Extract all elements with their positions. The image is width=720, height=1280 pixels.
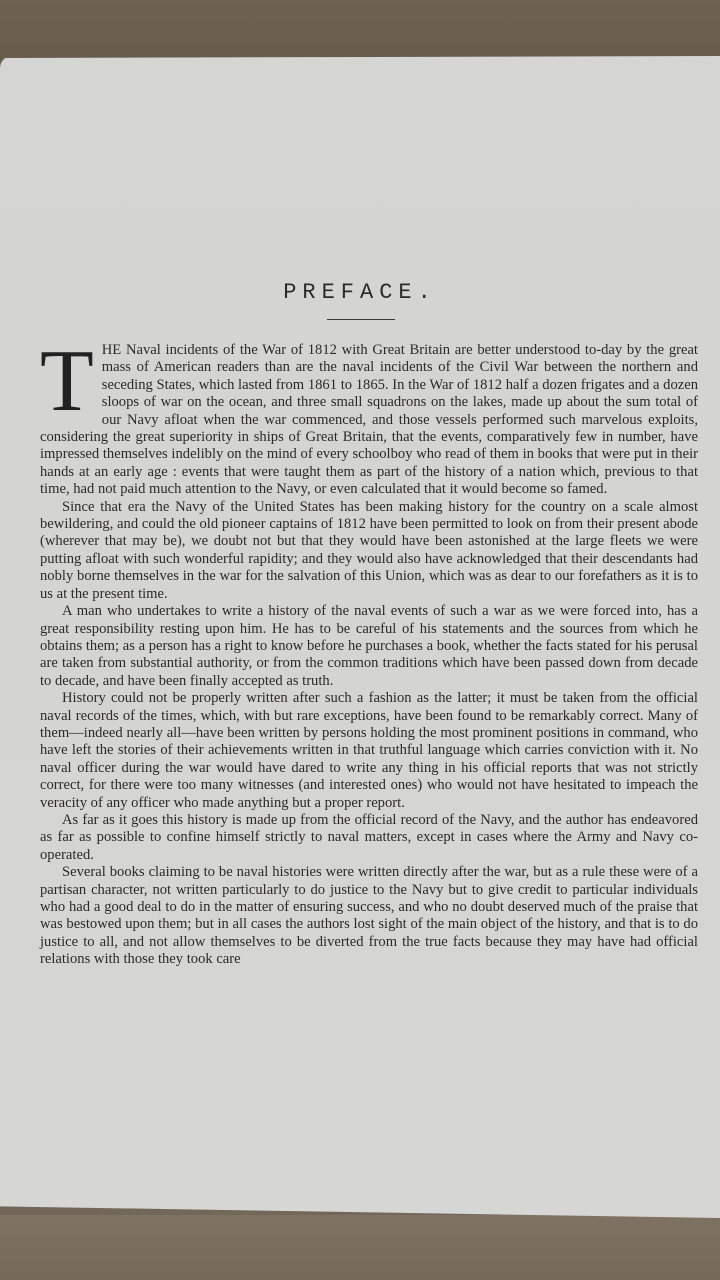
paragraph-1: THE Naval incidents of the War of 1812 w… (40, 342, 698, 499)
paragraph-4: History could not be properly written af… (40, 690, 698, 812)
title-divider (327, 319, 395, 320)
book-page: PREFACE. THE Naval incidents of the War … (0, 56, 720, 1218)
table-surface (0, 1215, 720, 1280)
paragraph-3: A man who undertakes to write a history … (40, 603, 698, 690)
paragraph-5: As far as it goes this history is made u… (40, 812, 698, 864)
drop-cap: T (40, 346, 94, 424)
page-title: PREFACE. (0, 280, 720, 305)
paragraph-2: Since that era the Navy of the United St… (40, 499, 698, 603)
paragraph-6: Several books claiming to be naval histo… (40, 864, 698, 968)
preface-body: THE Naval incidents of the War of 1812 w… (40, 342, 698, 969)
paragraph-1-text: HE Naval incidents of the War of 1812 wi… (40, 342, 698, 497)
